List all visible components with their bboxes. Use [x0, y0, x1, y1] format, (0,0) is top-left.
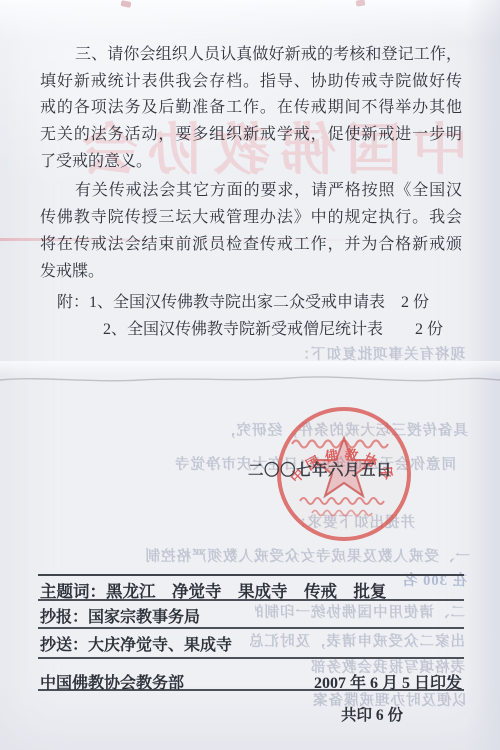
copy-send-row: 抄送：大庆净觉寺、果成寺 [40, 632, 232, 655]
body-line: 发戒牒。 [40, 261, 104, 283]
crease-line [0, 371, 500, 387]
copy-report-label: 抄报： [40, 609, 88, 626]
copy-send-value: 大庆净觉寺、果成寺 [88, 637, 232, 654]
body-line: 有关传戒法会其它方面的要求，请严格按照《全国汉 [75, 180, 462, 202]
bleedthrough-line: 二、请使用中国佛协统一印制的 [255, 604, 465, 622]
bleedthrough-line: 现将有关事项批复如下： [250, 346, 465, 364]
subject-keywords-row: 主题词：黑龙江 净觉寺 果成寺 传戒 批复 [40, 578, 387, 602]
attachment-line: 2、全国汉传佛教寺院新受戒僧尼统计表 2 份 [103, 319, 443, 341]
paper-texture-right [466, 0, 500, 750]
body-line: 传佛教寺院传授三坛大戒管理办法》中的规定执行。我会 [40, 207, 462, 229]
copies-count: 共印 6 份 [341, 703, 403, 725]
body-line: 填好新戒统计表供我会存档。指导、协助传戒寺院做好传 [40, 71, 462, 93]
footer-divider [38, 574, 464, 576]
bleedthrough-line: 出家二众受戒申请表，及时汇总 [250, 633, 465, 651]
body-line: 了受戒的意义。 [40, 151, 152, 173]
print-date: 2007 年 6 月 5 日印发 [314, 670, 462, 693]
scanned-letter-page: 中国佛教协会 现将有关事项批复如下： 具备传授三坛大戒的条件，经研究， 同意你会… [0, 0, 500, 750]
copy-send-label: 抄送： [40, 637, 88, 654]
footer-divider [38, 627, 464, 629]
footer-divider [38, 657, 464, 659]
paper-texture-top [0, 0, 500, 42]
attachment-line: 附：1、全国汉传佛教寺院出家二众受戒申请表 2 份 [57, 292, 429, 314]
copy-report-value: 国家宗教事务局 [88, 609, 200, 626]
body-line: 将在传戒法会结束前派员检查传戒工作，并为合格新戒颁 [40, 234, 462, 256]
red-ink-speck [120, 0, 131, 8]
subject-value: 黑龙江 净觉寺 果成寺 传戒 批复 [106, 583, 387, 601]
issuing-department: 中国佛教协会教务部 [40, 670, 184, 693]
crease-path [0, 377, 500, 381]
body-line: 戒的各项法务及后勤准备工作。在传戒期间不得举办其他 [40, 97, 462, 119]
document-date: 二〇〇七年六月五日 [248, 458, 398, 480]
body-line: 三、请你会组织人员认真做好新戒的考核和登记工作， [75, 44, 462, 66]
body-line: 无关的法务活动，要多组织新戒学戒，促使新戒进一步明 [40, 124, 462, 146]
subject-label: 主题词： [40, 583, 106, 601]
red-ink-speck [356, 0, 366, 7]
copy-report-row: 抄报：国家宗教事务局 [40, 604, 200, 627]
